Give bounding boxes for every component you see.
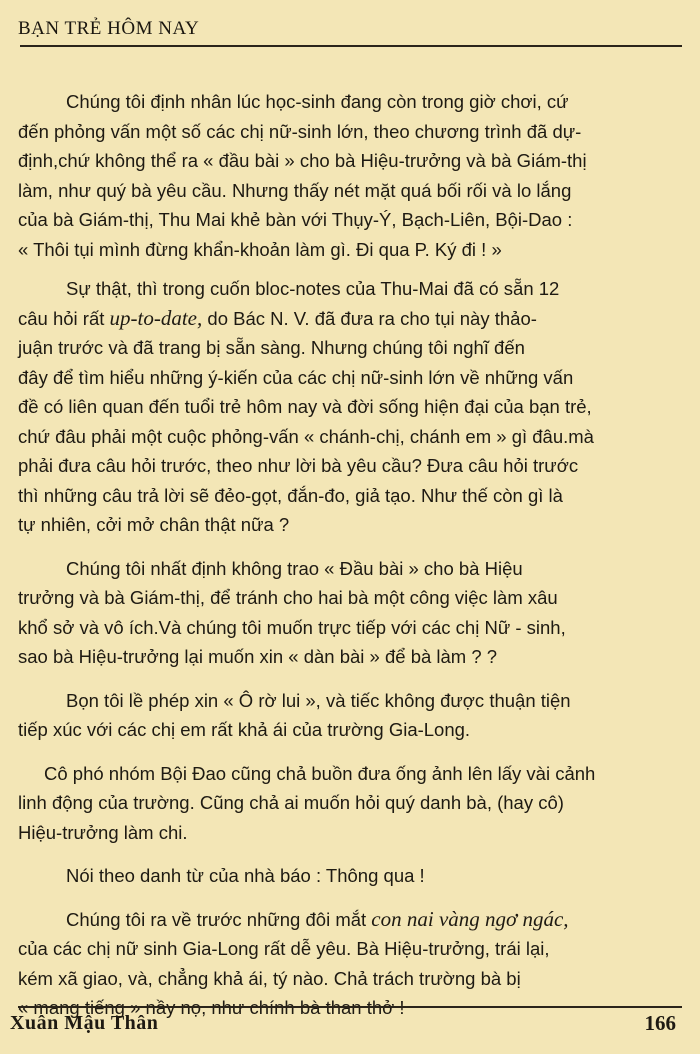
- text-line: Nói theo danh từ của nhà báo : Thông qua…: [18, 861, 682, 891]
- text-line: linh động của trường. Cũng chả ai muốn h…: [18, 788, 682, 818]
- text-segment: do Bác N. V. đã đưa ra cho tụi này thảo-: [202, 308, 537, 329]
- text-line: phải đưa câu hỏi trước, theo như lời bà …: [18, 451, 682, 481]
- text-line: Chúng tôi ra về trước những đôi mắt con …: [18, 905, 682, 935]
- text-line: câu hỏi rất up-to-date, do Bác N. V. đã …: [18, 304, 682, 334]
- publication-name: Xuân Mậu Thân: [10, 1012, 158, 1035]
- paragraph-4: Bọn tôi lề phép xin « Ô rờ lui », và tiế…: [18, 686, 682, 745]
- text-line: thì những câu trả lời sẽ đẻo-gọt, đắn-đo…: [18, 481, 682, 511]
- text-line: Hiệu-trưởng làm chi.: [18, 818, 682, 848]
- italic-phrase: up-to-date,: [110, 306, 203, 330]
- paragraph-2: Sự thật, thì trong cuốn bloc-notes của T…: [18, 274, 682, 540]
- text-line: trưởng và bà Giám-thị, để tránh cho hai …: [18, 583, 682, 613]
- text-line: juận trước và đã trang bị sẵn sàng. Nhưn…: [18, 333, 682, 363]
- text-line: tự nhiên, cởi mở chân thật nữa ?: [18, 510, 682, 540]
- text-line: của bà Giám-thị, Thu Mai khẻ bàn với Thụ…: [18, 205, 682, 235]
- text-line: sao bà Hiệu-trưởng lại muốn xin « dàn bà…: [18, 642, 682, 672]
- paragraph-6: Nói theo danh từ của nhà báo : Thông qua…: [18, 861, 682, 891]
- text-line: của các chị nữ sinh Gia-Long rất dễ yêu.…: [18, 934, 682, 964]
- text-line: đến phỏng vấn một số các chị nữ-sinh lớn…: [18, 117, 682, 147]
- paragraph-7: Chúng tôi ra về trước những đôi mắt con …: [18, 905, 682, 1023]
- paragraph-3: Chúng tôi nhất định không trao « Đầu bài…: [18, 554, 682, 672]
- text-line: đề có liên quan đến tuổi trẻ hôm nay và …: [18, 392, 682, 422]
- text-line: định,chứ không thể ra « đầu bài » cho bà…: [18, 146, 682, 176]
- text-line: đây để tìm hiểu những ý-kiến của các chị…: [18, 363, 682, 393]
- text-segment: Chúng tôi ra về trước những đôi mắt: [66, 909, 371, 930]
- header-rule: [20, 45, 682, 47]
- italic-phrase: con nai vàng ngơ ngác,: [371, 907, 568, 931]
- text-line: làm, như quý bà yêu cầu. Nhưng thấy nét …: [18, 176, 682, 206]
- text-line: « Thôi tụi mình đừng khẩn-khoản làm gì. …: [18, 235, 682, 265]
- footer-rule: [18, 1006, 682, 1008]
- article-body: Chúng tôi định nhân lúc học-sinh đang cò…: [18, 87, 682, 1023]
- text-line: Bọn tôi lề phép xin « Ô rờ lui », và tiế…: [18, 686, 682, 716]
- text-line: Cô phó nhóm Bội Đao cũng chả buồn đưa ốn…: [18, 759, 682, 789]
- text-line: kém xã giao, và, chẳng khả ái, tý nào. C…: [18, 964, 682, 994]
- section-header: BẠN TRẺ HÔM NAY: [18, 18, 199, 40]
- page-number: 166: [645, 1011, 677, 1036]
- paragraph-1: Chúng tôi định nhân lúc học-sinh đang cò…: [18, 87, 682, 264]
- text-line: khổ sở và vô ích.Và chúng tôi muốn trực …: [18, 613, 682, 643]
- text-line: Chúng tôi nhất định không trao « Đầu bài…: [18, 554, 682, 584]
- text-line: tiếp xúc với các chị em rất khả ái của t…: [18, 715, 682, 745]
- paragraph-5: Cô phó nhóm Bội Đao cũng chả buồn đưa ốn…: [18, 759, 682, 848]
- text-line: chứ đâu phải một cuộc phỏng-vấn « chánh-…: [18, 422, 682, 452]
- magazine-page: BẠN TRẺ HÔM NAY Chúng tôi định nhân lúc …: [0, 0, 700, 1054]
- text-line: Chúng tôi định nhân lúc học-sinh đang cò…: [18, 87, 682, 117]
- text-segment: câu hỏi rất: [18, 308, 110, 329]
- text-line: Sự thật, thì trong cuốn bloc-notes của T…: [18, 274, 682, 304]
